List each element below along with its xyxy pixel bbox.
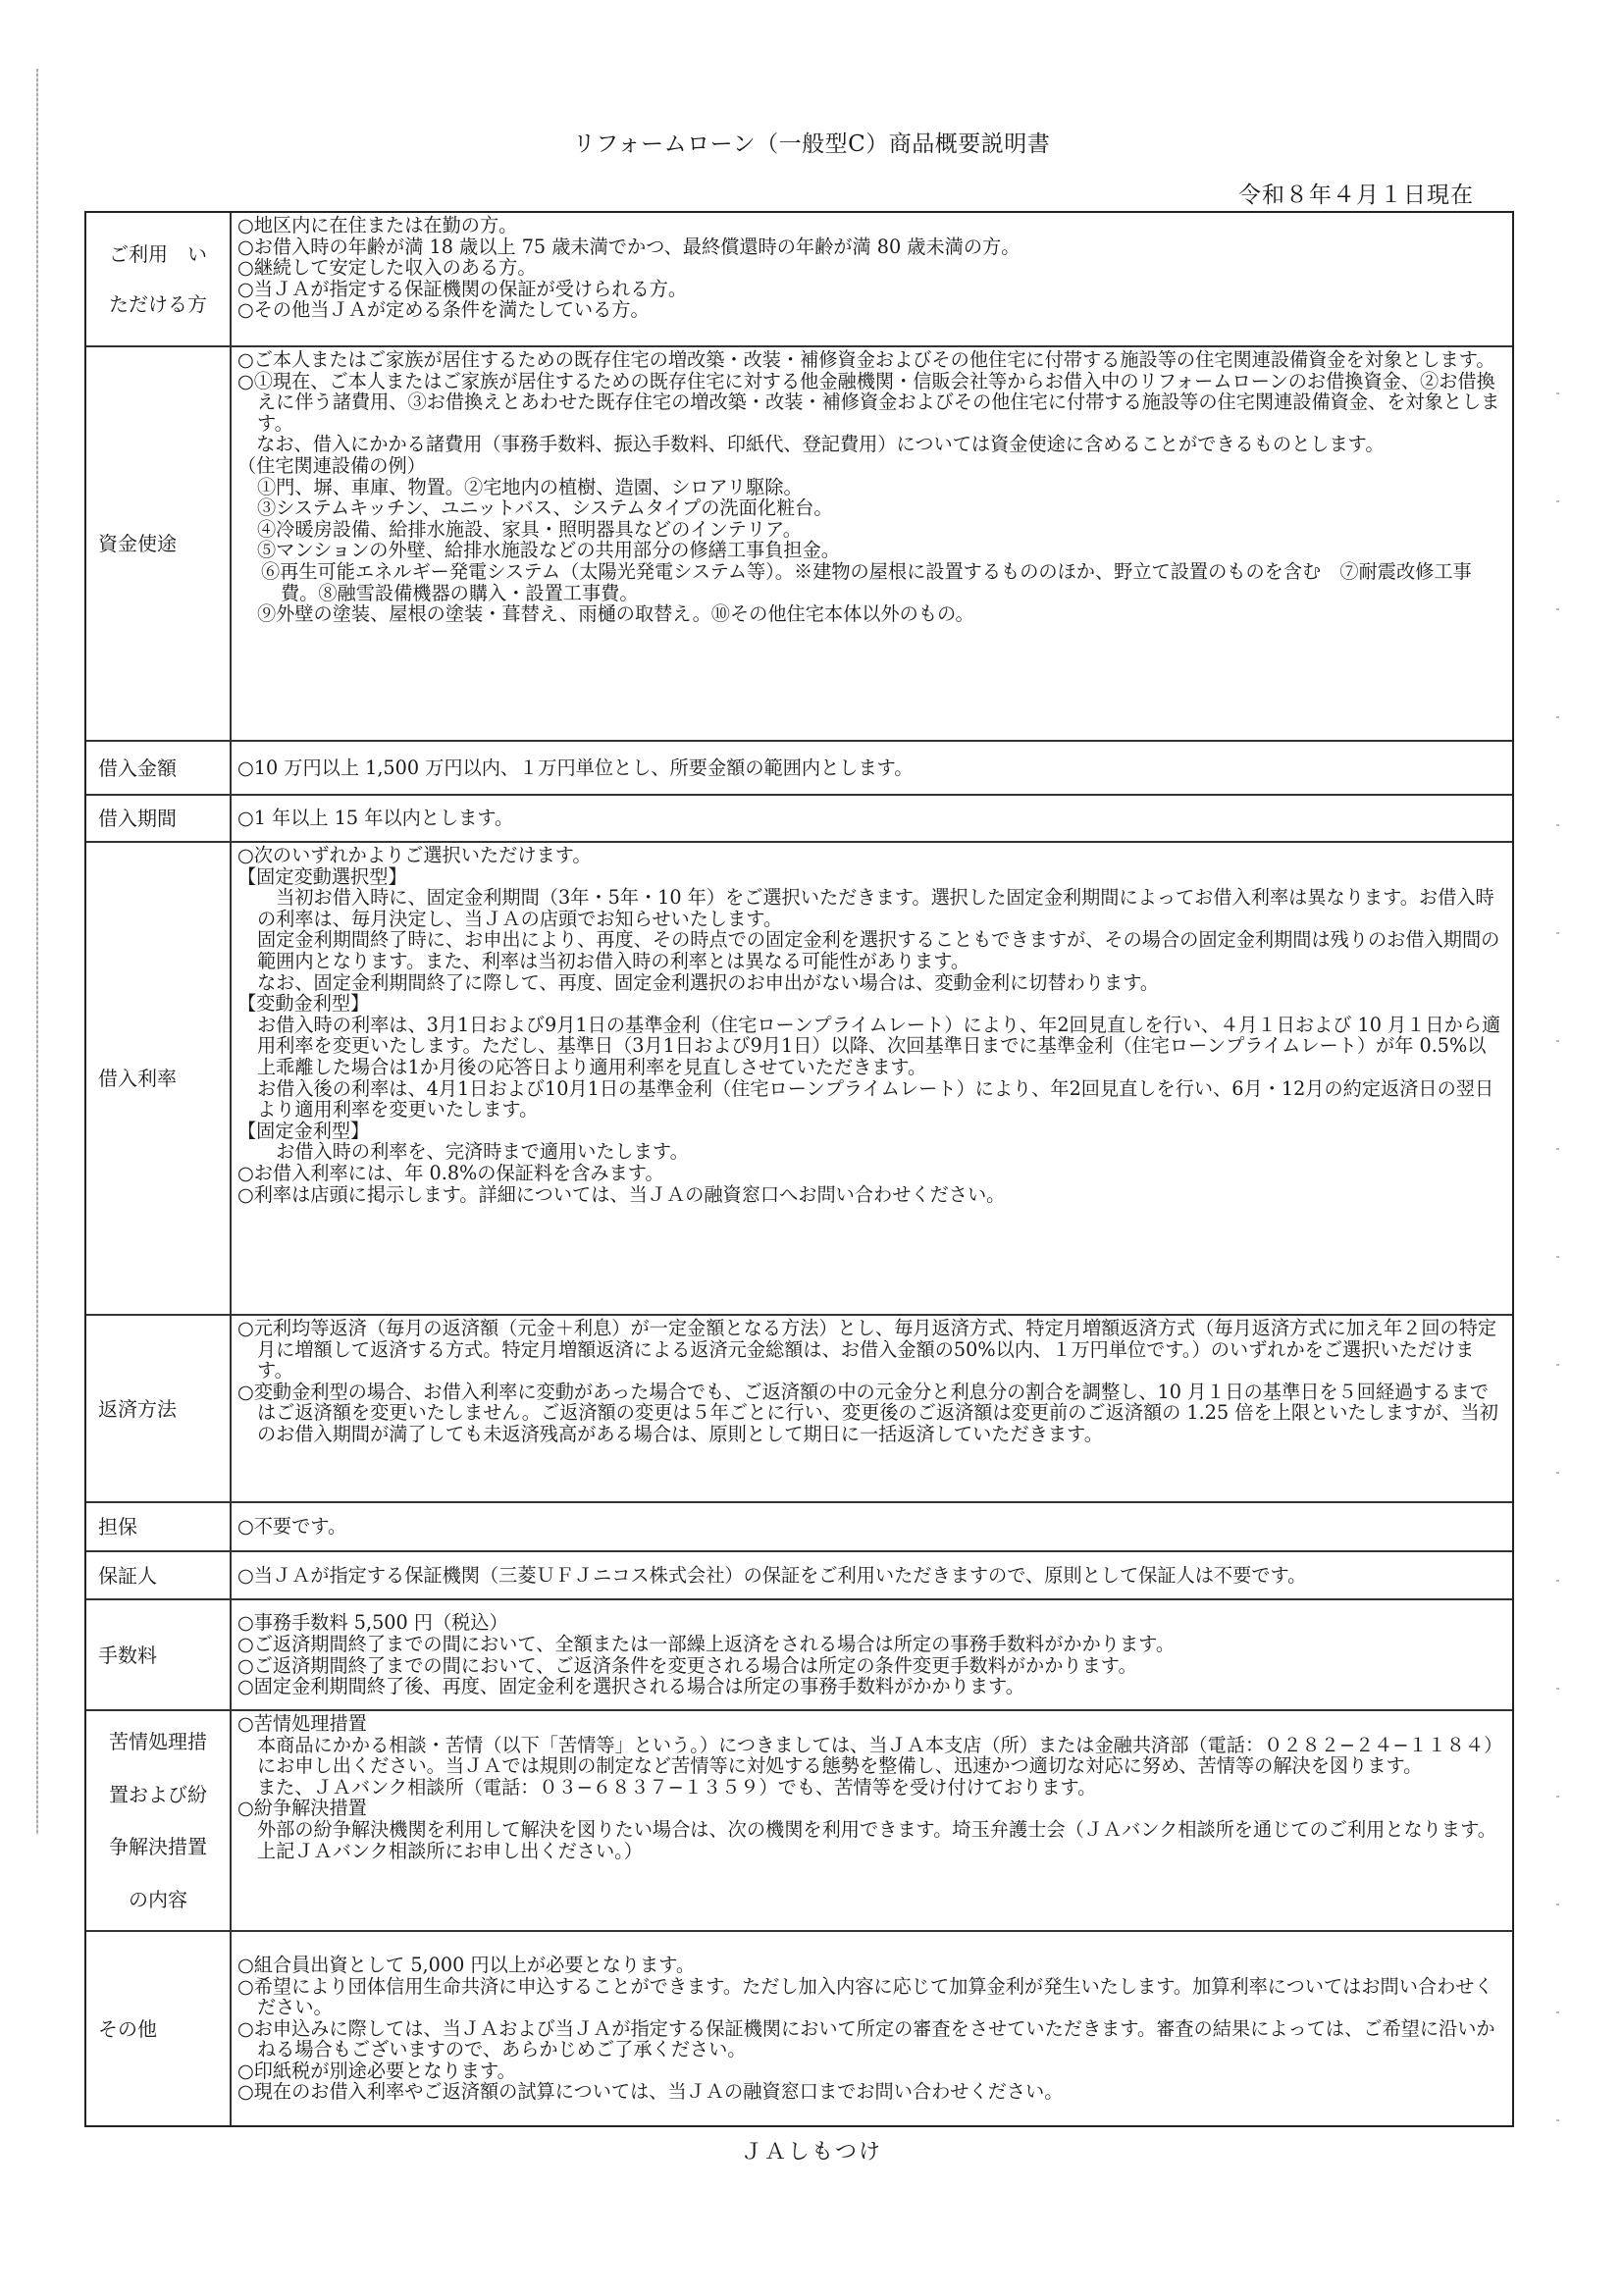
row-content: ○元利均等返済（毎月の返済額（元金＋利息）が一定金額となる方法）とし、毎月返済方… <box>232 1316 1512 1501</box>
row-complaints: 苦情処理措 置および紛 争解決措置 の内容 ○苦情処理措置 本商品にかかる相談・… <box>86 1709 1512 1930</box>
scan-margin-marks <box>1556 334 1559 2198</box>
scan-edge-artifact <box>36 69 38 1835</box>
row-content: ○事務手数料 5,500 円（税込） ○ご返済期間終了までの間において、全額また… <box>232 1600 1512 1709</box>
row-content: ○ご本人またはご家族が居住するための既存住宅の増改築・改装・補修資金およびその他… <box>232 347 1512 740</box>
row-label: 返済方法 <box>86 1316 232 1501</box>
row-label: 借入期間 <box>86 796 232 841</box>
row-eligibility: ご利用 い ただける方 ○地区内に在住または在勤の方。 ○お借入時の年齢が満 1… <box>86 213 1512 345</box>
row-label: その他 <box>86 1932 232 2125</box>
row-guarantor: 保証人 ○当ＪＡが指定する保証機関（三菱ＵＦＪニコス株式会社）の保証をご利用いた… <box>86 1550 1512 1598</box>
row-collateral: 担保 ○不要です。 <box>86 1501 1512 1550</box>
row-content: ○苦情処理措置 本商品にかかる相談・苦情（以下「苦情等」という。）につきましては… <box>232 1711 1512 1930</box>
row-fees: 手数料 ○事務手数料 5,500 円（税込） ○ご返済期間終了までの間において、… <box>86 1598 1512 1709</box>
row-interest-rate: 借入利率 ○次のいずれかよりご選択いただけます。 【固定変動選択型】 当初お借入… <box>86 841 1512 1314</box>
row-content: ○10 万円以上 1,500 万円以内、１万円単位とし、所要金額の範囲内とします… <box>232 742 1512 794</box>
row-label: 借入利率 <box>86 843 232 1314</box>
row-content: ○地区内に在住または在勤の方。 ○お借入時の年齢が満 18 歳以上 75 歳未満… <box>232 213 1512 345</box>
row-content: ○当ＪＡが指定する保証機関（三菱ＵＦＪニコス株式会社）の保証をご利用いただきます… <box>232 1552 1512 1598</box>
row-use-of-funds: 資金使途 ○ご本人またはご家族が居住するための既存住宅の増改築・改装・補修資金お… <box>86 345 1512 740</box>
row-label: 借入金額 <box>86 742 232 794</box>
row-content: ○1 年以上 15 年以内とします。 <box>232 796 1512 841</box>
row-label: 担保 <box>86 1503 232 1550</box>
issuer-footer: ＪＡしもつけ <box>0 2135 1623 2166</box>
row-content: ○不要です。 <box>232 1503 1512 1550</box>
row-content: ○組合員出資として 5,000 円以上が必要となります。 ○希望により団体信用生… <box>232 1932 1512 2125</box>
row-label: 苦情処理措 置および紛 争解決措置 の内容 <box>86 1711 232 1930</box>
row-label: 保証人 <box>86 1552 232 1598</box>
product-summary-table: ご利用 い ただける方 ○地区内に在住または在勤の方。 ○お借入時の年齢が満 1… <box>84 211 1514 2127</box>
row-content: ○次のいずれかよりご選択いただけます。 【固定変動選択型】 当初お借入時に、固定… <box>232 843 1512 1314</box>
as-of-date: 令和８年４月１日現在 <box>1238 177 1474 209</box>
row-label: 手数料 <box>86 1600 232 1709</box>
row-other: その他 ○組合員出資として 5,000 円以上が必要となります。 ○希望により団… <box>86 1930 1512 2125</box>
row-loan-amount: 借入金額 ○10 万円以上 1,500 万円以内、１万円単位とし、所要金額の範囲… <box>86 740 1512 794</box>
row-label: ご利用 い ただける方 <box>86 213 232 345</box>
row-label: 資金使途 <box>86 347 232 740</box>
row-repayment: 返済方法 ○元利均等返済（毎月の返済額（元金＋利息）が一定金額となる方法）とし、… <box>86 1314 1512 1501</box>
document-title: リフォームローン（一般型C）商品概要説明書 <box>0 126 1623 158</box>
row-loan-term: 借入期間 ○1 年以上 15 年以内とします。 <box>86 794 1512 841</box>
